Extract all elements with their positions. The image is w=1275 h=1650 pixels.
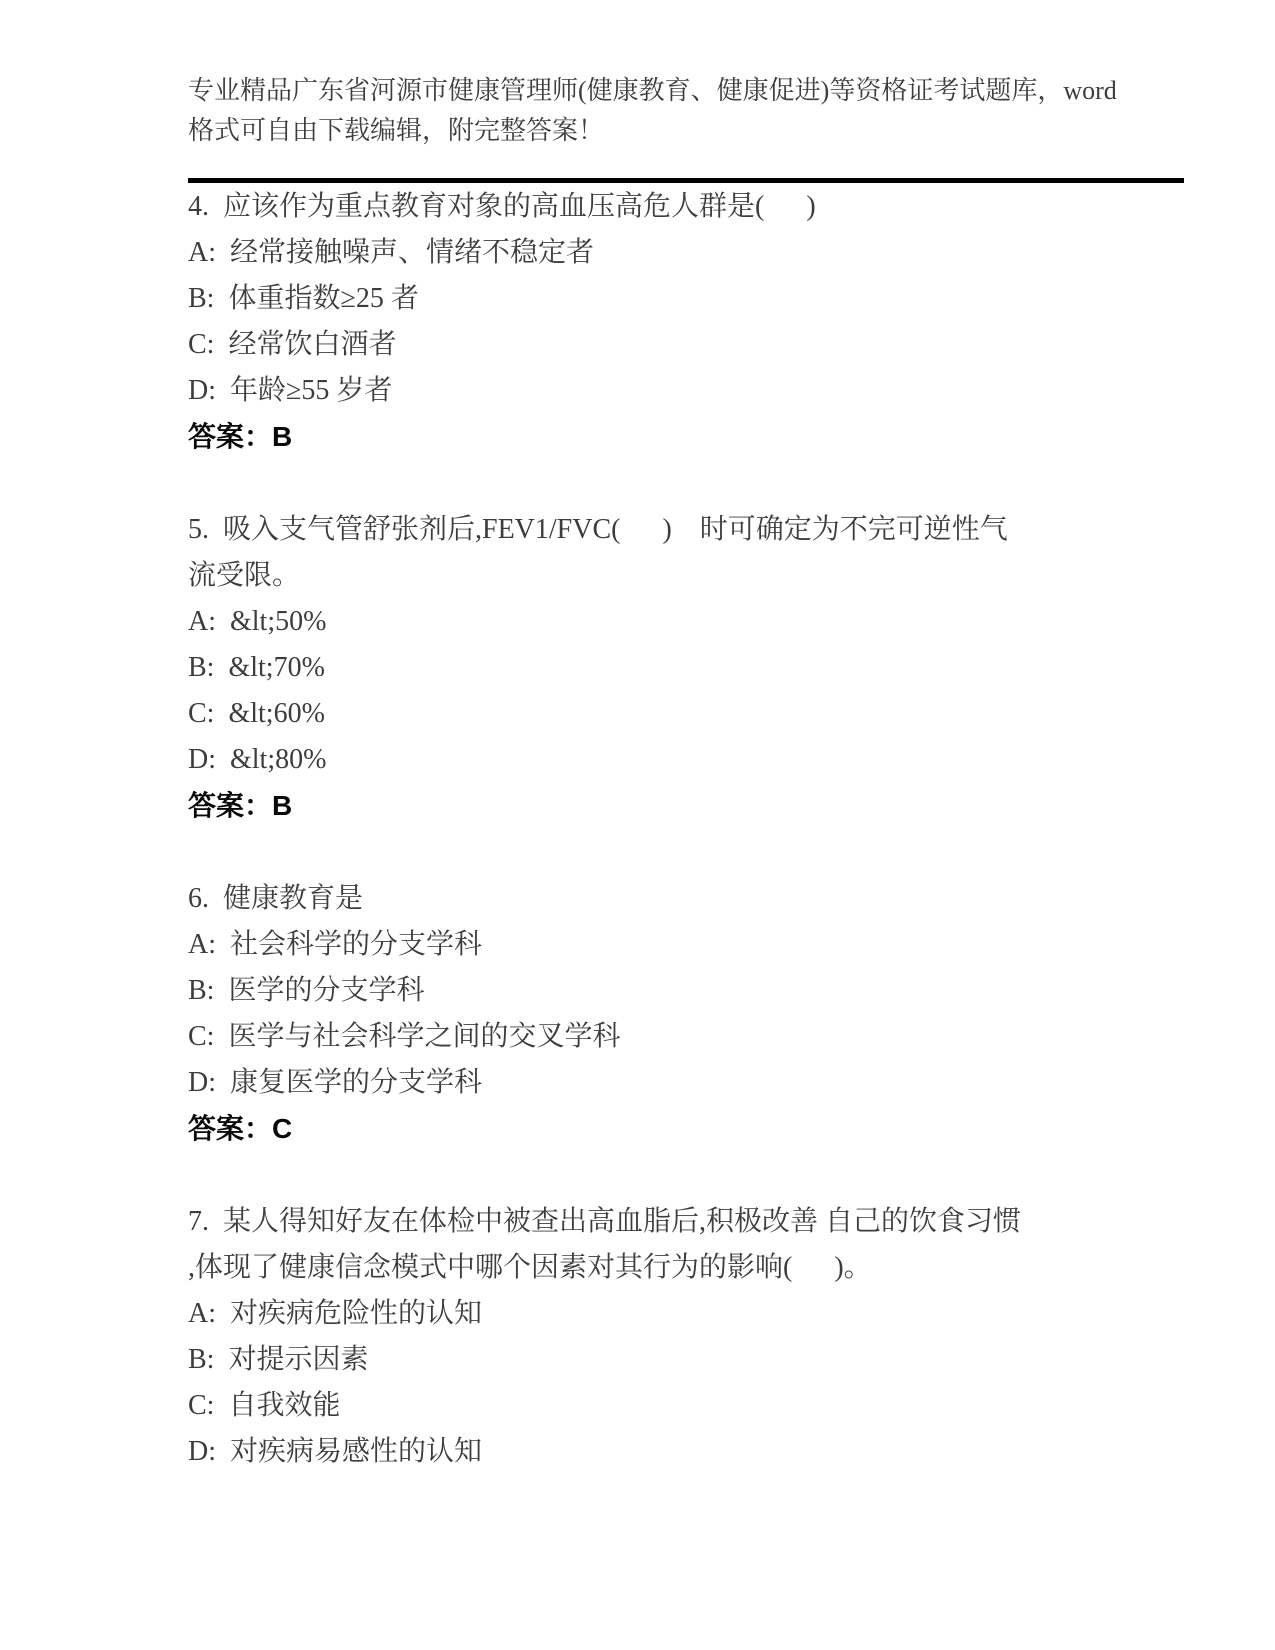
question-block-4: 4. 应该作为重点教育对象的高血压高危人群是( ) A: 经常接触噪声、情绪不稳… bbox=[188, 184, 1184, 460]
question-title-line-2: ,体现了健康信念模式中哪个因素对其行为的影响( )。 bbox=[188, 1245, 1184, 1291]
question-block-7: 7. 某人得知好友在体检中被查出高血脂后,积极改善 自己的饮食习惯 ,体现了健康… bbox=[188, 1199, 1184, 1475]
document-body: 4. 应该作为重点教育对象的高血压高危人群是( ) A: 经常接触噪声、情绪不稳… bbox=[188, 183, 1184, 1475]
option-line-c: C: 经常饮白酒者 bbox=[188, 322, 1184, 368]
option-line-d: D: 康复医学的分支学科 bbox=[188, 1060, 1184, 1106]
option-line-c: C: &lt;60% bbox=[188, 691, 1184, 737]
option-line-a: A: 社会科学的分支学科 bbox=[188, 922, 1184, 968]
option-line-c: C: 医学与社会科学之间的交叉学科 bbox=[188, 1014, 1184, 1060]
question-title: 6. 健康教育是 bbox=[188, 876, 1184, 922]
option-line-b: B: 医学的分支学科 bbox=[188, 968, 1184, 1014]
option-line-b: B: 对提示因素 bbox=[188, 1337, 1184, 1383]
option-line-d: D: 对疾病易感性的认知 bbox=[188, 1429, 1184, 1475]
option-line-a: A: 对疾病危险性的认知 bbox=[188, 1291, 1184, 1337]
question-block-6: 6. 健康教育是 A: 社会科学的分支学科 B: 医学的分支学科 C: 医学与社… bbox=[188, 876, 1184, 1152]
header-note-line-1: 专业精品广东省河源市健康管理师(健康教育、健康促进)等资格证考试题库，word bbox=[188, 71, 1184, 111]
question-title-line-1: 7. 某人得知好友在体检中被查出高血脂后,积极改善 自己的饮食习惯 bbox=[188, 1199, 1184, 1245]
option-line-a: A: 经常接触噪声、情绪不稳定者 bbox=[188, 230, 1184, 276]
page: 专业精品广东省河源市健康管理师(健康教育、健康促进)等资格证考试题库，word … bbox=[0, 0, 1275, 1650]
document-header: 专业精品广东省河源市健康管理师(健康教育、健康促进)等资格证考试题库，word … bbox=[188, 0, 1184, 151]
option-line-c: C: 自我效能 bbox=[188, 1383, 1184, 1429]
answer-line: 答案：B bbox=[188, 783, 1184, 829]
question-title-line-1: 5. 吸入支气管舒张剂后,FEV1/FVC( ) 时可确定为不完可逆性气 bbox=[188, 507, 1184, 553]
option-line-b: B: &lt;70% bbox=[188, 645, 1184, 691]
question-title-line-2: 流受限。 bbox=[188, 553, 1184, 599]
option-line-b: B: 体重指数≥25 者 bbox=[188, 276, 1184, 322]
answer-line: 答案：B bbox=[188, 414, 1184, 460]
option-line-a: A: &lt;50% bbox=[188, 599, 1184, 645]
exam-document: 专业精品广东省河源市健康管理师(健康教育、健康促进)等资格证考试题库，word … bbox=[188, 0, 1184, 1475]
header-note-line-2: 格式可自由下载编辑，附完整答案！ bbox=[188, 111, 1184, 151]
answer-line: 答案：C bbox=[188, 1106, 1184, 1152]
option-line-d: D: 年龄≥55 岁者 bbox=[188, 368, 1184, 414]
question-title: 4. 应该作为重点教育对象的高血压高危人群是( ) bbox=[188, 184, 1184, 230]
option-line-d: D: &lt;80% bbox=[188, 737, 1184, 783]
question-block-5: 5. 吸入支气管舒张剂后,FEV1/FVC( ) 时可确定为不完可逆性气 流受限… bbox=[188, 507, 1184, 829]
